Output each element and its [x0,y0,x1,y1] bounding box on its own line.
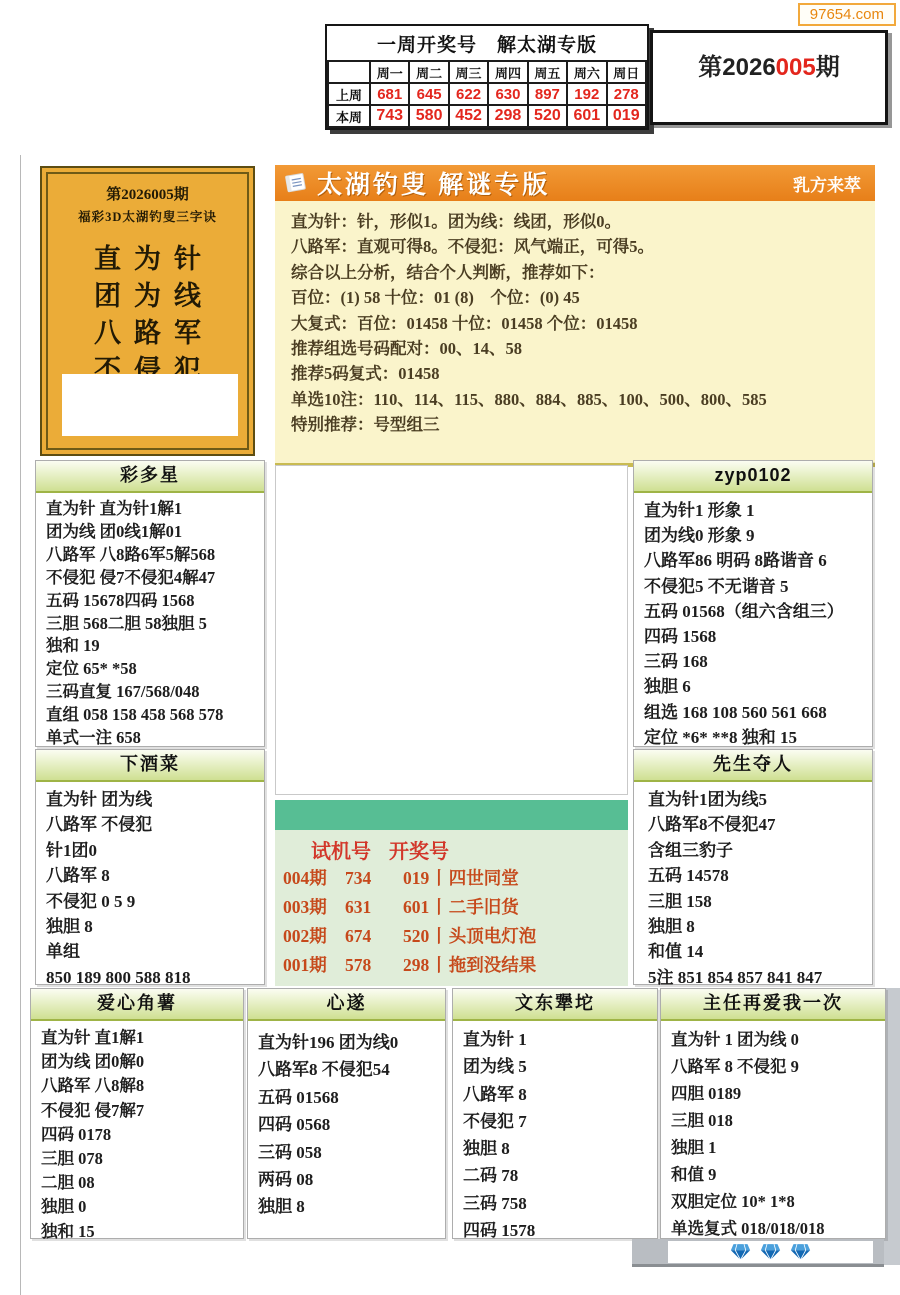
gold-plaque: 第2026005期 福彩3D太湖钓叟三字诀 直为针 团为线 八路军 不侵犯 [40,166,255,456]
panel-line: 单选复式 018/018/018 [671,1215,881,1242]
day-header-cell: 周一 [370,61,409,83]
panel-header: 心遂 [248,989,445,1021]
day-header-cell: 周四 [488,61,527,83]
panel-xinsui: 心遂 直为针196 团为线0 八路军8 不侵犯54 五码 01568 四码 05… [247,988,446,1239]
draw-number: 601 [403,893,429,922]
week-row-label: 本周 [328,105,370,127]
draw-number-cell: 897 [528,83,567,105]
panel-line: 三胆 158 [648,889,868,914]
panel-line: 五码 14578 [648,863,868,888]
panel-line: 五码 01568（组六含组三） [644,599,868,624]
issue-number-text: 第2026005期 [653,47,885,82]
panel-line: 和值 9 [671,1161,881,1188]
draw-number: 520 [403,922,429,951]
analysis-line: 特别推荐：号型组三 [291,412,875,437]
gold-verses: 直为针 团为线 八路军 不侵犯 [48,241,247,389]
panel-line: 独胆 6 [644,674,868,699]
main-panel-header: 太湖钓叟 解谜专版 乳方来萃 [275,165,875,201]
panel-xianshengduoren: 先生夺人 直为针1团为线5 八路军8不侵犯47 含组三豹子 五码 14578 三… [633,749,873,985]
panel-line: 不侵犯 0 5 9 [46,889,260,914]
weekly-results-box: 一周开奖号 解太湖专版 周一 周二 周三 周四 周五 周六 周日 上周 681 … [325,24,649,130]
day-header-cell: 周五 [528,61,567,83]
day-header-cell: 周日 [607,61,646,83]
draw-number-cell: 298 [488,105,527,127]
machine-box-header: 试机号开奖号 [275,835,628,864]
panel-line: 八路军86 明码 8路谐音 6 [644,548,868,573]
panel-line: 两码 08 [258,1166,441,1193]
panel-line: 独胆 1 [671,1134,881,1161]
panel-header: 先生夺人 [634,750,872,782]
analysis-line: 单选10注：110、114、115、880、884、885、100、500、80… [291,387,875,412]
panel-body: 直为针196 团为线0 八路军8 不侵犯54 五码 01568 四码 0568 … [248,1021,445,1221]
panel-caiduoxing: 彩多星 直为针 直为针1解1 团为线 团0线1解01 八路军 八8路6军5解56… [35,460,265,747]
panel-line: 二胆 08 [41,1171,239,1195]
gold-verse-line: 团为线 [48,278,247,315]
draw-number-cell: 520 [528,105,567,127]
panel-body: 直为针1 形象 1 团为线0 形象 9 八路军86 明码 8路谐音 6 不侵犯5… [634,493,872,750]
main-panel-title: 太湖钓叟 解谜专版 [317,165,550,201]
panel-body: 直为针 直为针1解1 团为线 团0线1解01 八路军 八8路6军5解568 不侵… [36,493,264,750]
machine-box-body: 试机号开奖号 004期734019丨四世同堂 003期631601丨二手旧货 0… [275,830,628,986]
panel-line: 独胆 8 [46,914,260,939]
panel-line: 五码 15678四码 1568 [46,590,260,613]
weekly-table-title: 一周开奖号 解太湖专版 [327,26,647,60]
day-header-cell: 周六 [567,61,606,83]
panel-wendongjiangtuo: 文东犟坨 直为针 1 团为线 5 八路军 8 不侵犯 7 独胆 8 二码 78 … [452,988,658,1239]
panel-line: 直为针1团为线5 [648,787,868,812]
panel-line: 直组 058 158 458 568 578 [46,704,260,727]
phrase-label: 二手旧货 [449,897,519,917]
gold-verse-line: 直为针 [48,241,247,278]
panel-line: 和值 14 [648,939,868,964]
panel-header: 主任再爱我一次 [661,989,885,1021]
test-number: 734 [345,864,403,893]
machine-row: 001期578298丨拖到没结果 [275,951,628,980]
draw-number-cell: 681 [370,83,409,105]
analysis-line: 综合以上分析，结合个人判断，推荐如下： [291,260,875,285]
panel-line: 八路军 8 [46,863,260,888]
draw-number-cell: 192 [567,83,606,105]
panel-line: 直为针 直为针1解1 [46,498,260,521]
panel-line: 直为针 1 [463,1026,653,1053]
panel-line: 五码 01568 [258,1084,441,1111]
period-label: 003期 [283,893,345,922]
machine-box-topbar [275,800,628,830]
panel-line: 二码 78 [463,1162,653,1189]
panel-body: 直为针 团为线 八路军 不侵犯 针1团0 八路军 8 不侵犯 0 5 9 独胆 … [36,782,264,990]
test-number-header: 试机号 [311,841,371,863]
panel-line: 定位 65* *58 [46,658,260,681]
panel-line: 直为针 1 团为线 0 [671,1026,881,1053]
panel-line: 八路军8不侵犯47 [648,812,868,837]
machine-row: 003期631601丨二手旧货 [275,893,628,922]
panel-line: 850 189 800 588 818 [46,965,260,990]
gold-subtitle: 福彩3D太湖钓叟三字诀 [48,207,247,225]
panel-line: 三胆 078 [41,1147,239,1171]
panel-line: 团为线 团0解0 [41,1050,239,1074]
panel-line: 组选 168 108 560 561 668 [644,700,868,725]
panel-body: 直为针1团为线5 八路军8不侵犯47 含组三豹子 五码 14578 三胆 158… [634,782,872,990]
phrase-label: 头顶电灯泡 [449,926,537,946]
separator: 丨 [430,897,448,917]
panel-line: 针1团0 [46,838,260,863]
site-link-badge[interactable]: 97654.com [798,3,896,26]
panel-header: 彩多星 [36,461,264,493]
this-week-row: 本周 743 580 452 298 520 601 019 [328,105,646,127]
draw-number-cell: 019 [607,105,646,127]
panel-line: 三胆 568二胆 58独胆 5 [46,613,260,636]
separator: 丨 [430,868,448,888]
week-row-label: 上周 [328,83,370,105]
draw-number: 298 [403,951,429,980]
test-number: 674 [345,922,403,951]
panel-line: 团为线 5 [463,1053,653,1080]
panel-line: 八路军 八8路6军5解568 [46,544,260,567]
machine-row: 004期734019丨四世同堂 [275,864,628,893]
panel-aixinjiaoshu: 爱心角薯 直为针 直1解1 团为线 团0解0 八路军 八8解8 不侵犯 侵7解7… [30,988,244,1239]
panel-zyp0102: zyp0102 直为针1 形象 1 团为线0 形象 9 八路军86 明码 8路谐… [633,460,873,747]
last-week-row: 上周 681 645 622 630 897 192 278 [328,83,646,105]
panel-line: 团为线0 形象 9 [644,523,868,548]
panel-line: 不侵犯5 不无谐音 5 [644,574,868,599]
gold-issue: 第2026005期 [48,183,247,204]
panel-line: 三胆 018 [671,1107,881,1134]
draw-number-cell: 622 [449,83,488,105]
panel-line: 四码 0568 [258,1111,441,1138]
phrase-label: 四世同堂 [449,868,519,888]
diamond-icon [760,1243,781,1261]
panel-line: 八路军8 不侵犯54 [258,1056,441,1083]
panel-line: 独胆 8 [463,1135,653,1162]
period-label: 001期 [283,951,345,980]
panel-line: 三码直复 167/568/048 [46,681,260,704]
panel-xiajiucai: 下酒菜 直为针 团为线 八路军 不侵犯 针1团0 八路军 8 不侵犯 0 5 9… [35,749,265,985]
panel-body: 直为针 1 团为线 5 八路军 8 不侵犯 7 独胆 8 二码 78 三码 75… [453,1021,657,1244]
gold-verse-line: 八路军 [48,315,247,352]
panel-line: 独胆 8 [648,914,868,939]
page: 97654.com 一周开奖号 解太湖专版 周一 周二 周三 周四 周五 周六 … [0,0,900,1295]
analysis-line: 大复式：百位：01458 十位：01458 个位：01458 [291,311,875,336]
machine-draw-box: 试机号开奖号 004期734019丨四世同堂 003期631601丨二手旧货 0… [275,800,628,986]
panel-body: 直为针 1 团为线 0 八路军 8 不侵犯 9 四胆 0189 三胆 018 独… [661,1021,885,1242]
main-panel-corner-text: 乳方来萃 [793,171,861,196]
issue-suffix: 期 [816,54,840,81]
draw-number: 019 [403,864,429,893]
panel-line: 三码 058 [258,1139,441,1166]
gold-blank-area [62,374,238,436]
diamond-icon [730,1243,751,1261]
panel-line: 5注 851 854 857 841 847 [648,965,868,990]
panel-line: 含组三豹子 [648,838,868,863]
notepad-icon [283,170,309,196]
panel-line: 独和 15 [41,1220,239,1244]
analysis-line: 推荐组选号码配对：00、14、58 [291,336,875,361]
corner-cell [328,61,370,83]
analysis-line: 百位：(1) 58 十位：01 (8) 个位：(0) 45 [291,285,875,310]
panel-line: 直为针1 形象 1 [644,498,868,523]
panel-line: 四码 0178 [41,1123,239,1147]
panel-line: 八路军 8 [463,1081,653,1108]
gold-plaque-inner: 第2026005期 福彩3D太湖钓叟三字诀 直为针 团为线 八路军 不侵犯 [46,172,249,450]
panel-line: 四码 1568 [644,624,868,649]
panel-line: 四胆 0189 [671,1080,881,1107]
diamonds-box [668,1241,873,1263]
analysis-line: 直为针：针，形似1。团为线：线团，形似0。 [291,209,875,234]
phrase-label: 拖到没结果 [449,955,537,975]
diamond-icon [790,1243,811,1261]
draw-number-cell: 601 [567,105,606,127]
draw-number-cell: 278 [607,83,646,105]
panel-line: 直为针 团为线 [46,787,260,812]
draw-number-cell: 580 [409,105,448,127]
panel-header: 下酒菜 [36,750,264,782]
panel-body: 直为针 直1解1 团为线 团0解0 八路军 八8解8 不侵犯 侵7解7 四码 0… [31,1021,243,1244]
panel-line: 八路军 八8解8 [41,1074,239,1098]
issue-prefix: 第2026 [698,54,775,81]
separator: 丨 [430,955,448,975]
panel-line: 单式一注 658 [46,727,260,750]
test-number: 578 [345,951,403,980]
draw-number-cell: 630 [488,83,527,105]
page-left-rule [20,155,21,1295]
middle-blank-box [275,465,628,795]
panel-line: 不侵犯 7 [463,1108,653,1135]
panel-line: 不侵犯 侵7不侵犯4解47 [46,567,260,590]
panel-line: 三码 168 [644,649,868,674]
main-analysis-panel: 太湖钓叟 解谜专版 乳方来萃 直为针：针，形似1。团为线：线团，形似0。 八路军… [275,165,875,463]
panel-header: 文东犟坨 [453,989,657,1021]
panel-line: 四码 1578 [463,1217,653,1244]
draw-number-cell: 645 [409,83,448,105]
main-panel-body: 直为针：针，形似1。团为线：线团，形似0。 八路军：直观可得8。不侵犯：风气端正… [275,201,875,467]
page-right-gray-strip [884,988,900,1265]
machine-row: 002期674520丨头顶电灯泡 [275,922,628,951]
analysis-line: 推荐5码复式：01458 [291,361,875,386]
test-number: 631 [345,893,403,922]
weekly-table: 周一 周二 周三 周四 周五 周六 周日 上周 681 645 622 630 … [327,60,647,128]
panel-line: 直为针196 团为线0 [258,1029,441,1056]
panel-line: 八路军 8 不侵犯 9 [671,1053,881,1080]
panel-header: zyp0102 [634,461,872,493]
panel-line: 定位 *6* **8 独和 15 [644,725,868,750]
issue-number-box: 第2026005期 [650,30,888,125]
analysis-line: 八路军：直观可得8。不侵犯：风气端正，可得5。 [291,234,875,259]
panel-line: 团为线 团0线1解01 [46,521,260,544]
panel-zhurenzaiai: 主任再爱我一次 直为针 1 团为线 0 八路军 8 不侵犯 9 四胆 0189 … [660,988,886,1239]
draw-number-cell: 743 [370,105,409,127]
panel-line: 单组 [46,939,260,964]
period-label: 002期 [283,922,345,951]
issue-highlight: 005 [776,54,816,81]
panel-line: 直为针 直1解1 [41,1026,239,1050]
draw-number-header: 开奖号 [389,841,449,863]
panel-line: 八路军 不侵犯 [46,812,260,837]
period-label: 004期 [283,864,345,893]
weekly-header-row: 周一 周二 周三 周四 周五 周六 周日 [328,61,646,83]
panel-line: 独胆 0 [41,1195,239,1219]
panel-line: 不侵犯 侵7解7 [41,1099,239,1123]
draw-number-cell: 452 [449,105,488,127]
panel-line: 独和 19 [46,635,260,658]
separator: 丨 [430,926,448,946]
panel-line: 双胆定位 10* 1*8 [671,1188,881,1215]
panel-line: 独胆 8 [258,1193,441,1220]
panel-line: 三码 758 [463,1190,653,1217]
day-header-cell: 周二 [409,61,448,83]
day-header-cell: 周三 [449,61,488,83]
panel-header: 爱心角薯 [31,989,243,1021]
